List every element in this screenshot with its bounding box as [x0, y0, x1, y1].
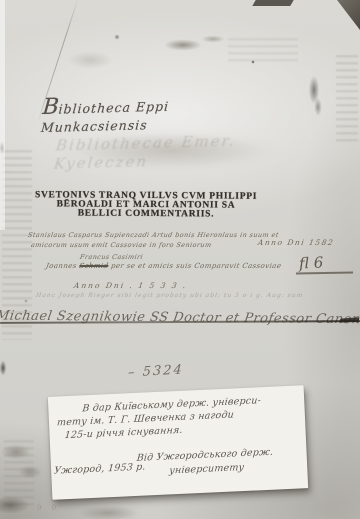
label-from-line2: університету	[169, 462, 245, 476]
faded-inscription: Bibliothecae Emer. Kyeleczen	[53, 129, 327, 172]
printed-title-line3: BELLICI COMMENTARIIS.	[18, 209, 274, 220]
showthrough-text-bottomleft	[4, 440, 34, 510]
provenance-date-1582: Anno Dni 1582	[257, 238, 335, 247]
provenance-note-line4: Joannes Schmid per se et amicis suis Com…	[45, 262, 282, 270]
provenance-note-line1: Stanislaus Casparus Supienczadi Artud bo…	[27, 231, 279, 239]
crossed-out-inscription: Michael Szegnikowie SS Doctor et Profess…	[0, 308, 297, 326]
pencil-shelfmark: – 5324	[128, 363, 184, 381]
scan-edge-highlight	[0, 0, 5, 230]
dark-mark-top-edge	[252, 0, 293, 6]
pencil-mark-bottom: 9 0	[37, 504, 60, 512]
showthrough-text-top	[228, 38, 298, 64]
label-from-line1: Від Ужгородського держ.	[136, 447, 274, 464]
pasted-gift-label: В дар Київському держ. універси- тету ім…	[48, 385, 308, 500]
struck-out-word: Schmid	[79, 262, 109, 270]
owner-name: Joannes	[45, 262, 80, 270]
showthrough-text-right	[336, 55, 358, 145]
provenance-note-line2: amicorum usum emit Cassoviae in foro Sen…	[30, 241, 212, 249]
scanned-book-title-page: Bibliotheca Eppi Munkacsiensis Bibliothe…	[0, 0, 360, 519]
price-underline	[296, 272, 353, 274]
printed-title: SVETONIVS TRANQ VILLVS CVM PHILIPPI BĒRO…	[18, 191, 274, 219]
provenance-note-line3: Francus Casimiri	[79, 253, 143, 261]
label-place-date: Ужгород, 1953 р.	[54, 461, 146, 476]
ownership-inscription: Bibliotheca Eppi Munkacsiensis	[40, 89, 273, 135]
provenance-date-1533: Anno Dni . 1 5 3 3 .	[73, 281, 188, 290]
dark-corner-topright	[332, 0, 360, 30]
provenance-note-faint: Hanc Joseph Rieger sibi legit probaty ub…	[35, 292, 304, 299]
purchase-note: per se et amicis suis Comparavit Cassovi…	[108, 262, 282, 270]
price-note: fl 6	[299, 253, 324, 272]
